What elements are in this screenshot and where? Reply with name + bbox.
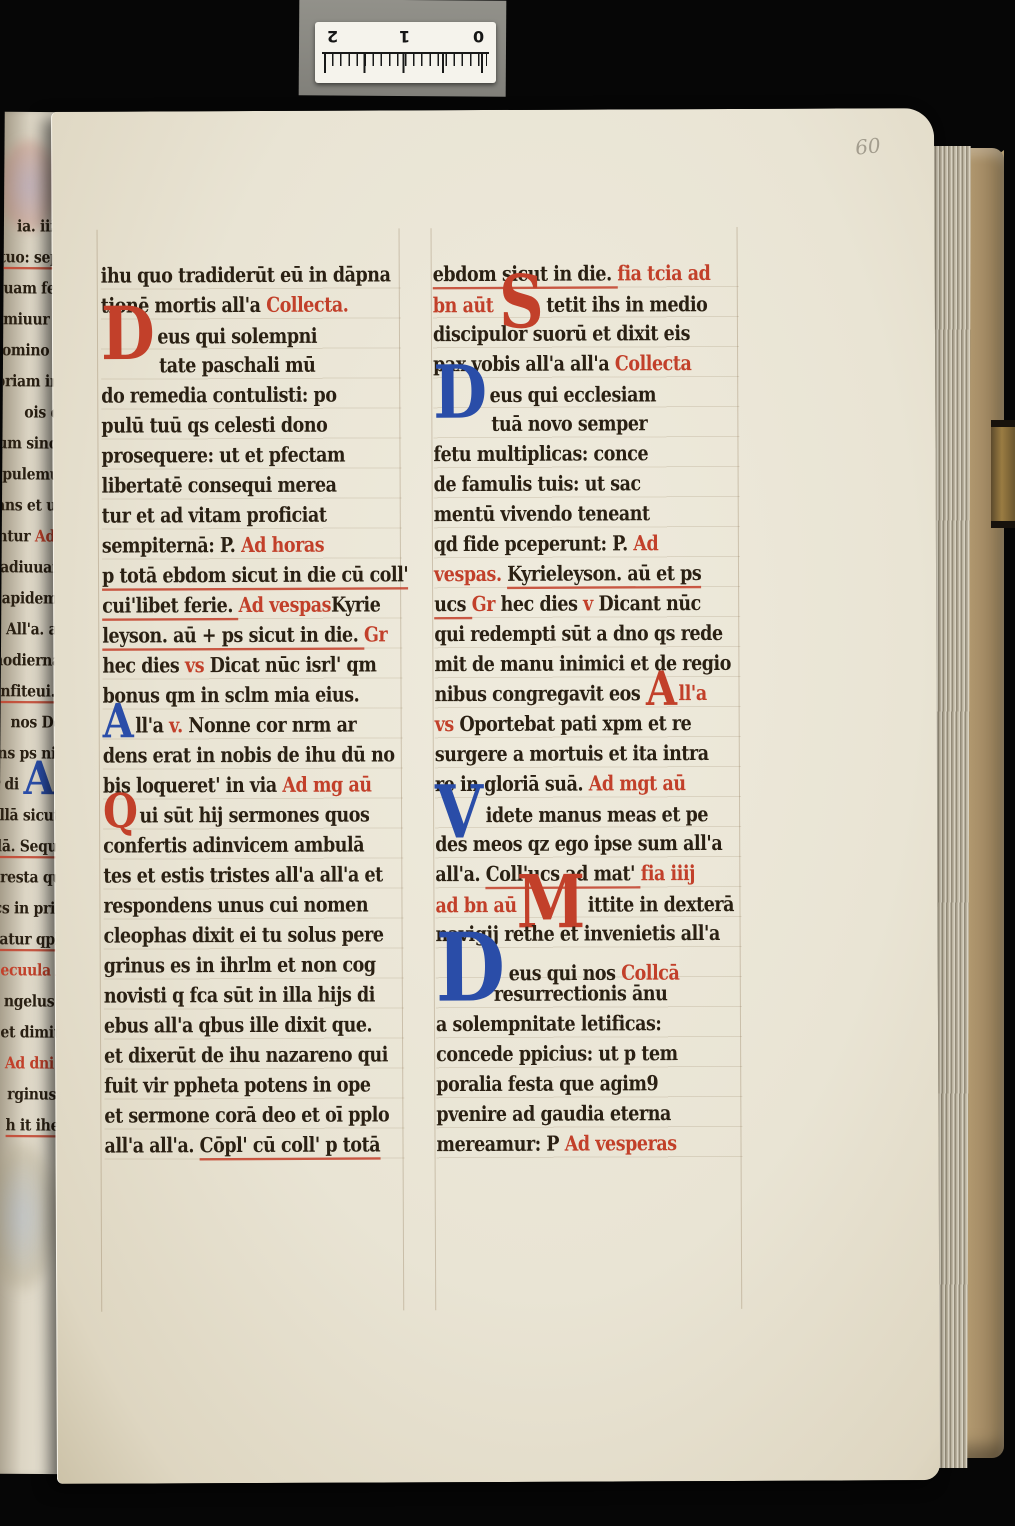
text-line: mereamur: P Ad vesperas (436, 1126, 742, 1163)
ruler-label: 1 (399, 27, 410, 46)
ruler-major-ticks (324, 54, 487, 73)
text-segment: all'a all'a. (104, 1134, 199, 1158)
text-segment: eus qui ecclesiam (490, 384, 657, 408)
text-segment: surgere a mortuis et ita intra (435, 742, 709, 767)
text-segment: do remedia contulisti: po (101, 384, 336, 409)
photograph-background: ia. iiij dotuo: sepulcuam fecistmiuur in… (0, 0, 1015, 1526)
text-segment: Ad horas (241, 534, 324, 558)
text-segment: de famulis tuis: ut sac (434, 473, 641, 498)
text-segment: discipulor suorū et dixit eis (433, 322, 690, 347)
text-segment: respondens unus cui nomen (103, 894, 368, 919)
text-segment: Ad mgt aū (589, 772, 686, 796)
text-segment: ui sūt hij sermones quos (139, 804, 369, 829)
text-segment: v. (169, 715, 183, 739)
text-segment: nibus congregavit eos (435, 683, 646, 708)
text-segment: fetu multiplicas: conce (433, 443, 648, 468)
text-segment: Oportebat pati xpm et re (454, 712, 692, 737)
text-segment: tes et estis tristes all'a all'a et (103, 864, 383, 889)
text-segment: p totā ebdom sicut in die cū coll' (102, 564, 408, 591)
text-segment: sempiternā: P. (102, 534, 241, 558)
text-segment: fia tcia ad (617, 262, 710, 286)
text-segment: dens erat in nobis de ihu dū no (103, 744, 395, 769)
text-segment: Ad mg aū (282, 774, 371, 798)
text-segment: mit de manu inimici et de regio (434, 652, 731, 677)
text-column-right: ebdom sicut in die. fia tcia adbn aūt St… (433, 259, 743, 1160)
text-segment: confertis adinvicem ambulā (103, 834, 364, 859)
text-segment: tate paschali mū (159, 354, 315, 378)
text-segment: ittite in dexterā (588, 893, 734, 917)
text-segment: et sermone corā deo et oī pplo (104, 1104, 389, 1129)
text-segment: eus qui solempni (157, 325, 317, 349)
text-column-left: ihu quo tradiderūt eū in dāpnationē mort… (101, 260, 405, 1161)
ruler: 2 1 0 (315, 22, 496, 83)
text-segment: Kyrieleyson. aū et ps (507, 562, 701, 589)
text-segment: qui redempti sūt a dno qs rede (434, 622, 722, 647)
text-segment: cui'libet ferie. (102, 594, 239, 621)
text-segment: idete manus meas et pe (486, 803, 708, 828)
text-segment: ll'a (135, 715, 169, 739)
text-segment: Ad (633, 532, 658, 556)
text-segment: resurrectionis ānu (494, 982, 668, 1006)
text-segment: tuā novo semper (491, 413, 647, 437)
text-segment: Gr (472, 593, 501, 617)
text-segment: bonus qm in sclm mia eius. (103, 684, 360, 709)
text-segment: et dixerūt de ihu nazareno qui (104, 1044, 388, 1069)
text-segment: Dicant nūc (598, 592, 700, 616)
text-segment: bn aūt (433, 294, 499, 318)
text-line: all'a all'a. Cōpl' cū coll' p totā (104, 1128, 404, 1165)
text-segment: Collecta (615, 352, 692, 376)
text-segment: a solempnitate letificas: (436, 1012, 661, 1037)
text-segment: Collecta. (266, 294, 348, 318)
text-segment: concede ppicius: ut p tem (436, 1042, 678, 1067)
text-segment: vs (435, 713, 454, 737)
text-segment: ll'a (678, 682, 706, 706)
illuminated-initial: A (23, 751, 54, 805)
text-segment: ur di (0, 775, 24, 794)
text-segment: poralia festa que agim9 (436, 1072, 658, 1097)
text-segment: vespas. (434, 563, 507, 587)
text-segment: cleophas dixit ei tu solus pere (104, 924, 384, 949)
text-segment: fia iiij (641, 862, 695, 886)
text-segment: Kyrie (331, 594, 380, 618)
text-segment: tetit ihs in medio (546, 293, 707, 317)
text-segment: mereamur: P (436, 1133, 564, 1157)
text-segment: pulū tuū qs celesti dono (101, 414, 327, 439)
text-segment: hec dies (501, 593, 584, 617)
text-segment: qd fide pceperunt: P. (434, 533, 634, 557)
text-segment: mentū vivendo teneant (434, 503, 650, 528)
text-segment: ntur (0, 527, 35, 546)
text-segment: ebus all'a qbus ille dixit que. (104, 1014, 372, 1039)
text-segment: novisti q fca sūt in illa hijs di (104, 984, 375, 1009)
text-segment: Dicat nūc isrl' qm (204, 654, 376, 678)
ruler-label: 0 (473, 27, 484, 46)
text-segment: Ad vespas (239, 594, 332, 618)
text-segment: des meos qz ego ipse sum all'a (435, 832, 722, 857)
folio-number: 60 (853, 133, 881, 160)
text-segment: vs (185, 654, 204, 678)
text-segment: tur et ad vitam proficiat (102, 504, 327, 529)
illumination-smudge (0, 1142, 58, 1292)
text-segment: Cōpl' cū coll' p totā (200, 1134, 381, 1161)
text-segment: all'a. (435, 863, 485, 887)
text-segment: Nonne cor nrm ar (183, 714, 357, 738)
text-segment: ucs (434, 593, 472, 619)
text-segment: ihu quo tradiderūt eū in dāpna (101, 264, 391, 289)
text-segment: libertatē consequi merea (102, 474, 337, 499)
text-segment: prosequere: ut et pfectam (101, 444, 345, 469)
text-segment: v (583, 593, 598, 617)
text-segment: pvenire ad gaudia eterna (436, 1102, 671, 1127)
manuscript-page: 60 ihu quo tradiderūt eū in dāpnationē m… (51, 108, 940, 1484)
book-clasp (991, 420, 1015, 528)
text-segment: Ad vesperas (565, 1132, 677, 1156)
text-segment: leyson. aū + ps sicut in die. (102, 624, 364, 651)
text-segment: fuit vir ppheta potens in ope (104, 1074, 370, 1099)
ruler-label: 2 (327, 27, 338, 46)
text-segment: hec dies (102, 655, 185, 679)
text-segment: grinus es in ihrlm et non cog (104, 954, 376, 979)
text-segment: Gr (364, 624, 387, 648)
